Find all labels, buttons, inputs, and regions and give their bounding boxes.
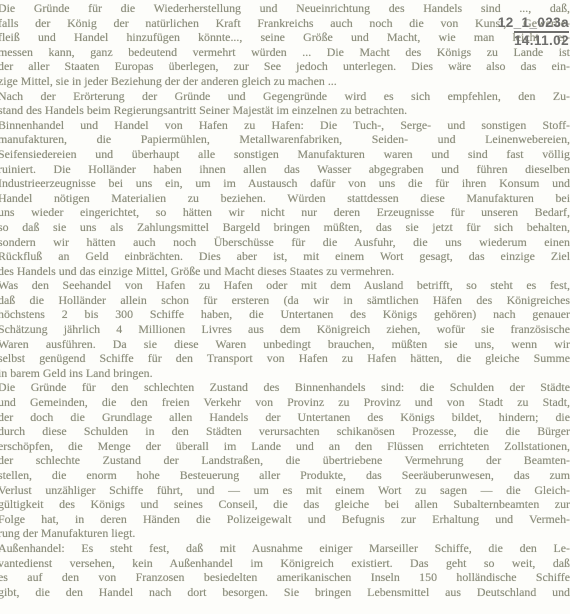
text-line: der aller Staaten Europas überlegen, zur…	[0, 59, 570, 74]
text-line: und Gemeinden, die den freien Verkehr vo…	[0, 395, 570, 410]
text-line: ruiniert. Die Holländer haben ihnen alle…	[0, 162, 570, 177]
document-page: Die Gründe für die Wiederherstellung und…	[0, 0, 570, 614]
text-line: der doch die Grundlage allen Handels der…	[0, 410, 570, 425]
document-text: Die Gründe für die Wiederherstellung und…	[0, 1, 570, 599]
text-line: Handel nötigen Materialien zu beziehen. …	[0, 191, 570, 206]
text-line: sondern wir hätten auch noch Überschüsse…	[0, 235, 570, 250]
text-line: durch diese Schulden in den Städten veru…	[0, 424, 570, 439]
text-line: manufakturen, die Papiermühlen, Metallwa…	[0, 132, 570, 147]
text-line: fleiß und Handel hinzufügen könnte..., s…	[0, 30, 570, 45]
text-line: Binnenhandel und Handel von Hafen zu Haf…	[0, 118, 570, 133]
text-line: vantedienst versehen, kein Außenhandel i…	[0, 556, 570, 571]
archive-date-label: 14.11.02	[514, 31, 569, 48]
text-line: Außenhandel: Es steht fest, daß mit Ausn…	[0, 541, 570, 556]
text-line: gibt, die den Handel nach dort besorgen.…	[0, 585, 570, 600]
text-line: der schlechte Zustand der Landstraßen, d…	[0, 453, 570, 468]
text-line: Seifensiedereien und überhaupt alle sons…	[0, 147, 570, 162]
text-line: des Handels und das einzige Mittel, Größ…	[0, 264, 570, 279]
text-line: messen kann, ganz bedeutend vermehrt wür…	[0, 45, 570, 60]
text-line: rung der Manufakturen liegt.	[0, 526, 570, 541]
text-line: stellen, die enorm hohe Besteuerung alle…	[0, 468, 570, 483]
text-line: Was den Seehandel von Hafen zu Hafen ode…	[0, 278, 570, 293]
text-line: in barem Geld ins Land bringen.	[0, 366, 570, 381]
text-line: es auf den von Franzosen besiedelten ame…	[0, 570, 570, 585]
text-line: falls der König der natürlichen Kraft Fr…	[0, 16, 570, 31]
text-line: Folge hat, in deren Händen die Polizeige…	[0, 512, 570, 527]
text-line: Die Gründe für den schlechten Zustand de…	[0, 380, 570, 395]
text-line: Nach der Erörterung der Gründe und Gegen…	[0, 89, 570, 104]
text-line: Schätzung jährlich 4 Millionen Livres au…	[0, 322, 570, 337]
archive-annotation: 12_1_023a 14.11.02	[498, 15, 569, 50]
text-line: daß die Holländer allein schon für erste…	[0, 293, 570, 308]
text-line: Verlust unzähliger Schiffe führt, und — …	[0, 483, 570, 498]
text-line: stand des Handels beim Regierungsantritt…	[0, 103, 570, 118]
archive-id-label: 12_1_023a	[498, 15, 569, 30]
text-line: uns wieder eingerichtet, so hätten wir n…	[0, 205, 570, 220]
text-line: Waren ausführen. Da sie diese Waren unbe…	[0, 337, 570, 352]
text-line: erschöpfen, die Menge der überall im Lan…	[0, 439, 570, 454]
text-line: zige Mittel, sie in jeder Beziehung der …	[0, 74, 570, 89]
text-line: gültigkeit des Königs und seines Conseil…	[0, 497, 570, 512]
text-line: Rückfluß an Geld einbrächten. Dies aber …	[0, 249, 570, 264]
text-line: Die Gründe für die Wiederherstellung und…	[0, 1, 570, 16]
text-line: Industrieerzeugnisse bei uns ein, um im …	[0, 176, 570, 191]
text-line: selbst genügend Schiffe für den Transpor…	[0, 351, 570, 366]
text-line: so daß sie uns als Zahlungsmittel Bargel…	[0, 220, 570, 235]
text-line: höchstens 2 bis 300 Schiffe haben, die U…	[0, 307, 570, 322]
